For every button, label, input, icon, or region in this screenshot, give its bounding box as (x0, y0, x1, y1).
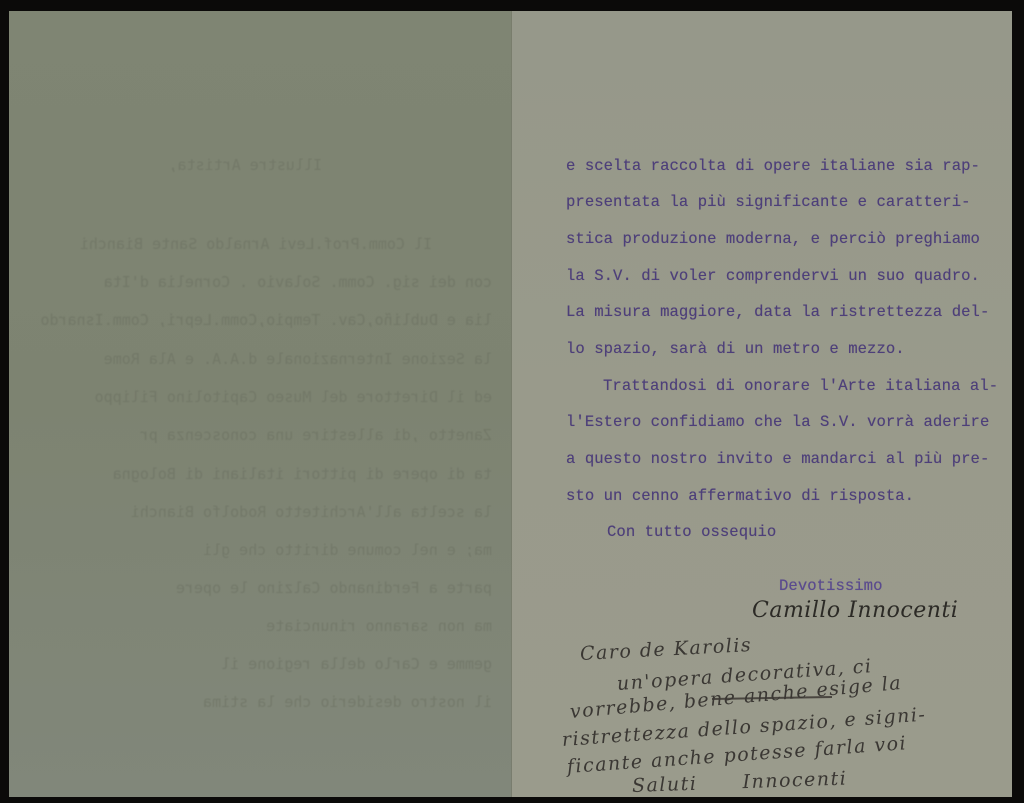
bleed-line: la scelta all'Architetto Rodolfo Bianchi (131, 503, 492, 521)
bleed-line: ma non saranno rinunciate (266, 617, 492, 635)
typed-line: presentata la più significante e caratte… (566, 193, 971, 211)
bleed-line: parte a Ferdinando Calzino le opere (176, 579, 492, 597)
letter-sheet: Illustre Artista, Il Comm.Prof.Levi Arna… (9, 11, 1012, 797)
bleed-line: gemme e Carlo della regione il (212, 655, 492, 673)
typed-line: lo spazio, sarà di un metro e mezzo. (566, 340, 905, 358)
left-page: Illustre Artista, Il Comm.Prof.Levi Arna… (9, 11, 512, 797)
bleed-line: ta di opere di pittori italiani di Bolog… (113, 465, 492, 483)
bleed-line: Il Comm.Prof.Levi Arnaldo Sante Bianchi (80, 235, 432, 253)
bleed-line: la Sezione Internazionale d.A.A. e Ala R… (104, 350, 492, 368)
bleed-line: Illustre Artista, (168, 156, 322, 174)
bleed-line: lia e Dubliño,Cav. Tempio,Comm.Lepri, Co… (40, 311, 492, 329)
bleed-line: ed il Direttore del Museo Capitolino Fil… (95, 388, 492, 406)
right-page: e scelta raccolta di opere italiane sia … (512, 11, 1012, 797)
bleed-line: ma; e nel comune diritto che gli (203, 541, 492, 559)
bleed-line: il nostro desiderio che la stima (203, 693, 492, 711)
typed-line: e scelta raccolta di opere italiane sia … (566, 157, 980, 175)
typed-line: stica produzione moderna, e perciò pregh… (566, 230, 980, 248)
scan-container: Illustre Artista, Il Comm.Prof.Levi Arna… (0, 0, 1024, 803)
typed-line: Con tutto ossequio (607, 523, 776, 541)
typed-line: la S.V. di voler comprendervi un suo qua… (566, 267, 980, 285)
typed-line: sto un cenno affermativo di risposta. (566, 487, 914, 505)
typed-line: Trattandosi di onorare l'Arte italiana a… (603, 377, 998, 395)
bleed-line: Zanetto ,di allestire una conoscenza pr (140, 426, 492, 444)
bleed-through-text: Illustre Artista, Il Comm.Prof.Levi Arna… (9, 11, 512, 797)
closing-text: Devotissimo (779, 577, 883, 595)
signature: Camillo Innocenti (752, 598, 958, 623)
typed-line: l'Estero confidiamo che la S.V. vorrà ad… (566, 413, 989, 431)
typed-line: a questo nostro invito e mandarci al più… (566, 450, 989, 468)
typed-line: La misura maggiore, data la ristrettezza… (566, 303, 989, 321)
bleed-line: con dei sig. Comm. Solavio . Cornelia d'… (104, 273, 492, 291)
